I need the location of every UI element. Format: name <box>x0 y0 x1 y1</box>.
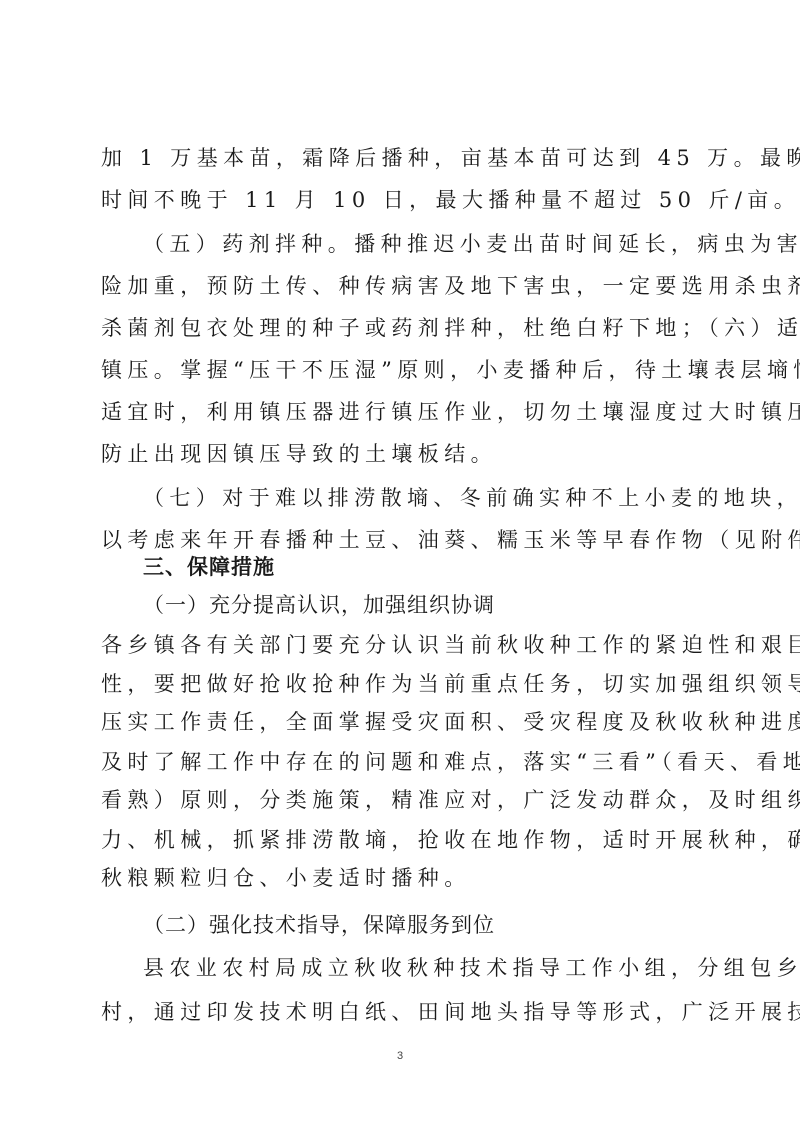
body-line: 秋粮颗粒归仓、小麦适时播种。 <box>101 865 701 891</box>
body-line: 杀菌剂包衣处理的种子或药剂拌种，杜绝白籽下地；（六）适时 <box>101 315 701 341</box>
body-line: 险加重，预防土传、种传病害及地下害虫，一定要选用杀虫剂、 <box>101 273 701 299</box>
document-page: 加 1 万基本苗，霜降后播种，亩基本苗可达到 45 万。最晚播种 时间不晚于 1… <box>0 0 800 1131</box>
body-line: 性，要把做好抢收抢种作为当前重点任务，切实加强组织领导， <box>101 671 701 697</box>
body-line: 以考虑来年开春播种土豆、油葵、糯玉米等早春作物（见附件）。 <box>101 527 701 553</box>
paragraph-first-line: （五）药剂拌种。播种推迟小麦出苗时间延长，病虫为害风 <box>143 231 703 257</box>
subsection-heading: （一）充分提高认识，加强组织协调 <box>143 592 743 618</box>
body-line: 防止出现因镇压导致的土壤板结。 <box>101 441 701 467</box>
body-line: 适宜时，利用镇压器进行镇压作业，切勿土壤湿度过大时镇压， <box>101 399 701 425</box>
body-line: 镇压。掌握“压干不压湿”原则，小麦播种后，待土壤表层墒情 <box>101 357 701 383</box>
body-line: 加 1 万基本苗，霜降后播种，亩基本苗可达到 45 万。最晚播种 <box>101 145 701 171</box>
body-line: 及时了解工作中存在的问题和难点，落实“三看”（看天、看地、 <box>101 749 701 775</box>
page-number: 3 <box>0 1050 800 1062</box>
body-line: 力、机械，抓紧排涝散墒，抢收在地作物，适时开展秋种，确保 <box>101 827 701 853</box>
paragraph-first-line: 县农业农村局成立秋收秋种技术指导工作小组，分组包乡包 <box>143 955 703 981</box>
body-line: 时间不晚于 11 月 10 日，最大播种量不超过 50 斤/亩。 <box>101 187 701 213</box>
body-line: 看熟）原则，分类施策，精准应对，广泛发动群众，及时组织人 <box>101 787 701 813</box>
body-line: 各乡镇各有关部门要充分认识当前秋收种工作的紧迫性和艰巨 <box>101 632 701 658</box>
paragraph-first-line: （七）对于难以排涝散墒、冬前确实种不上小麦的地块，可 <box>143 485 703 511</box>
section-heading: 三、保障措施 <box>143 554 743 580</box>
body-line: 压实工作责任，全面掌握受灾面积、受灾程度及秋收秋种进度， <box>101 709 701 735</box>
body-line: 村，通过印发技术明白纸、田间地头指导等形式，广泛开展技术 <box>101 999 701 1025</box>
subsection-heading: （二）强化技术指导，保障服务到位 <box>143 912 743 938</box>
